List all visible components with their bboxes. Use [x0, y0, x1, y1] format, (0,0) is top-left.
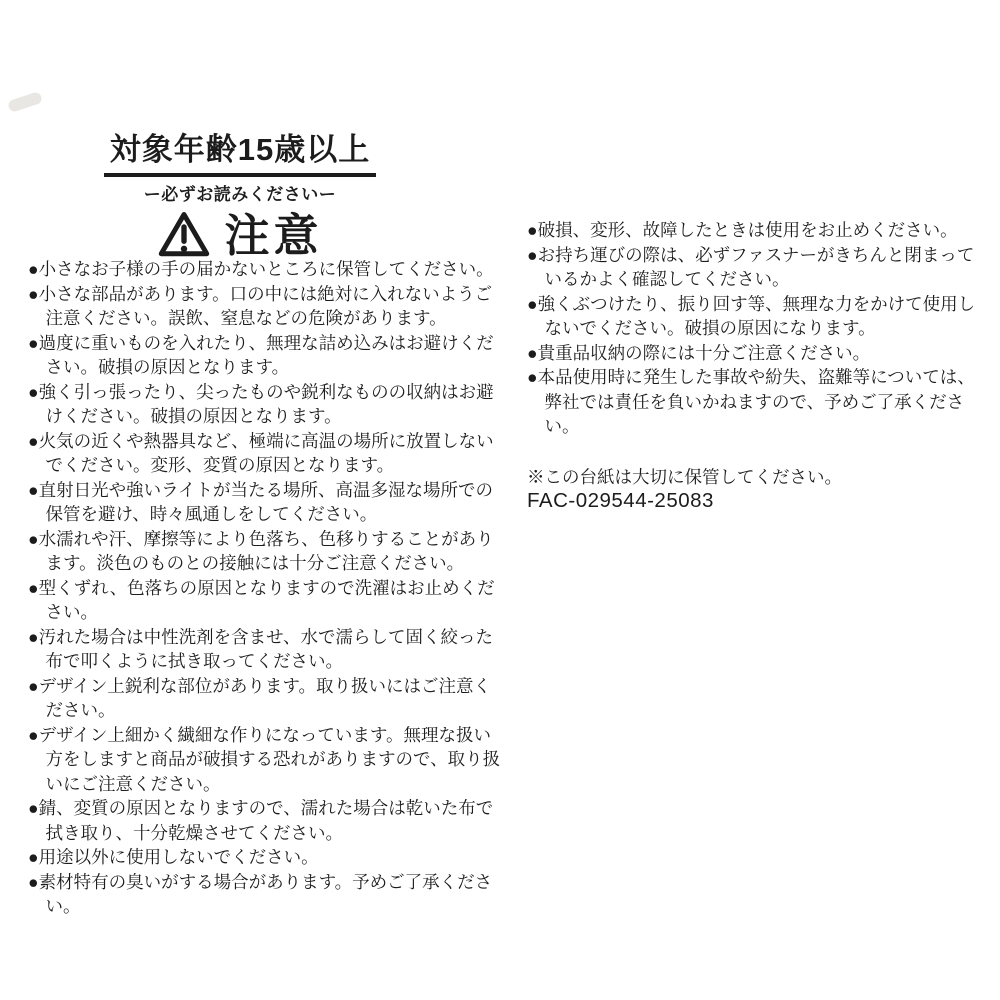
- keep-card-note: ※この台紙は大切に保管してください。: [527, 465, 991, 490]
- caution-item: ●貴重品収納の際には十分ご注意ください。: [527, 341, 991, 366]
- caution-item: ●破損、変形、故障したときは使用をお止めください。: [527, 218, 991, 243]
- caution-item: ●デザイン上鋭利な部位があります。取り扱いにはご注意ください。: [28, 674, 504, 723]
- caution-item: ●デザイン上細かく繊細な作りになっています。無理な扱い方をしますと商品が破損する…: [28, 723, 504, 797]
- right-caution-column: ●破損、変形、故障したときは使用をお止めください。 ●お持ち運びの際は、必ずファ…: [527, 218, 991, 514]
- caution-item: ●火気の近くや熱器具など、極端に高温の場所に放置しないでください。変形、変質の原…: [28, 429, 504, 478]
- product-code: FAC-029544-25083: [527, 489, 991, 514]
- caution-heading: 注意: [40, 210, 440, 260]
- caution-item: ●汚れた場合は中性洗剤を含ませ、水で濡らして固く絞った布で叩くように拭き取ってく…: [28, 625, 504, 674]
- caution-card: 対象年齢15歳以上 ー必ずお読みくださいー 注意 ●小さなお子様の手の届かないと…: [0, 0, 1000, 1000]
- caution-title: 注意: [224, 213, 322, 258]
- caution-item: ●小さな部品があります。口の中には絶対に入れないようご注意ください。誤飲、窒息な…: [28, 282, 504, 331]
- age-restriction-title: 対象年齢15歳以上: [104, 124, 376, 177]
- caution-item: ●お持ち運びの際は、必ずファスナーがきちんと閉まっているかよく確認してください。: [527, 243, 991, 292]
- read-me-note: ー必ずお読みくださいー: [40, 180, 440, 205]
- scan-smudge: [7, 91, 43, 113]
- caution-item: ●本品使用時に発生した事故や紛失、盗難等については、弊社では責任を負いかねますの…: [527, 365, 991, 439]
- left-caution-column: ●小さなお子様の手の届かないところに保管してください。 ●小さな部品があります。…: [28, 257, 504, 919]
- caution-item: ●錆、変質の原因となりますので、濡れた場合は乾いた布で拭き取り、十分乾燥させてく…: [28, 796, 504, 845]
- caution-item: ●強くぶつけたり、振り回す等、無理な力をかけて使用しないでください。破損の原因に…: [527, 292, 991, 341]
- caution-item: ●強く引っ張ったり、尖ったものや鋭利なものの収納はお避けください。破損の原因とな…: [28, 380, 504, 429]
- caution-item: ●小さなお子様の手の届かないところに保管してください。: [28, 257, 504, 282]
- caution-item: ●水濡れや汗、摩擦等により色落ち、色移りすることがあります。淡色のものとの接触に…: [28, 527, 504, 576]
- caution-item: ●過度に重いものを入れたり、無理な詰め込みはお避けください。破損の原因となります…: [28, 331, 504, 380]
- caution-item: ●素材特有の臭いがする場合があります。予めご了承ください。: [28, 870, 504, 919]
- warning-triangle-icon: [157, 210, 211, 260]
- caution-item: ●直射日光や強いライトが当たる場所、高温多湿な場所での保管を避け、時々風通しをし…: [28, 478, 504, 527]
- caution-item: ●用途以外に使用しないでください。: [28, 845, 504, 870]
- caution-item: ●型くずれ、色落ちの原因となりますので洗濯はお止めください。: [28, 576, 504, 625]
- header: 対象年齢15歳以上 ー必ずお読みくださいー 注意: [40, 124, 440, 260]
